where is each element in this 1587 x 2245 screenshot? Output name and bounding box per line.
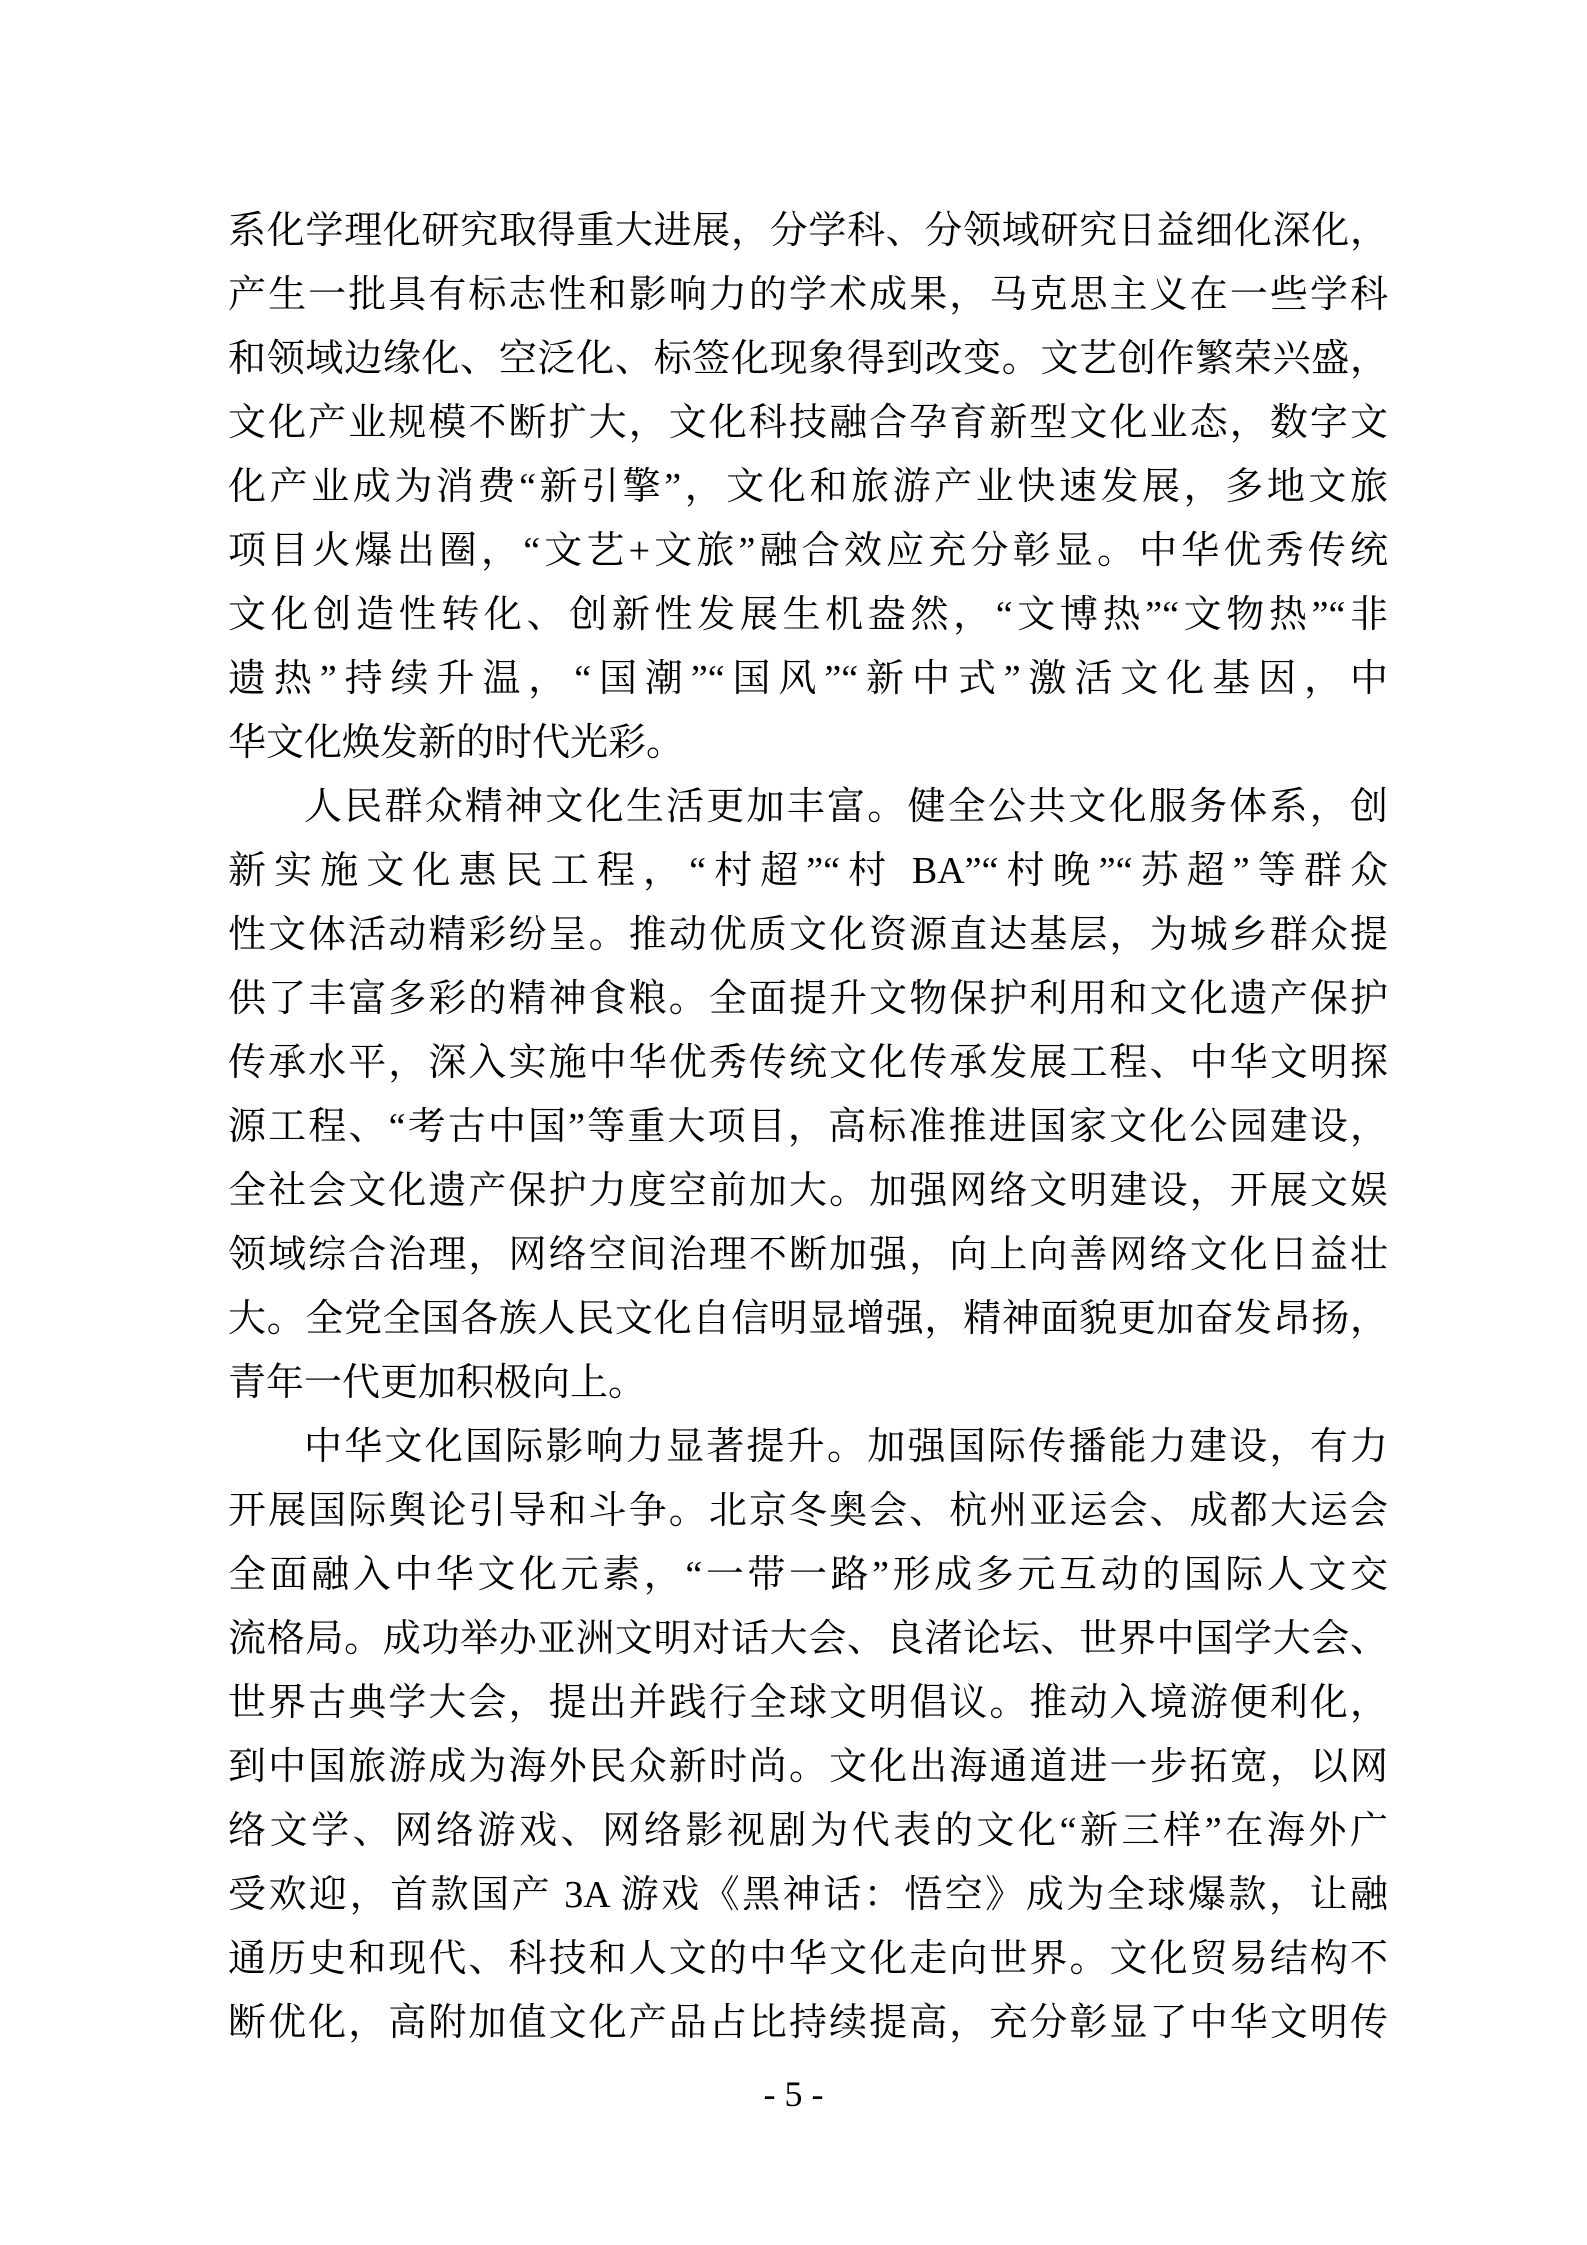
text-line: 文化创造性转化、创新性发展生机盎然，“文博热”“文物热”“非	[228, 583, 1388, 647]
text-line: 源工程、“考古中国”等重大项目，高标准推进国家文化公园建设，	[228, 1095, 1388, 1159]
text-line: 到中国旅游成为海外民众新时尚。文化出海通道进一步拓宽，以网	[228, 1735, 1388, 1799]
text-line: 开展国际舆论引导和斗争。北京冬奥会、杭州亚运会、成都大运会	[228, 1479, 1388, 1543]
text-line: 新实施文化惠民工程，“村超”“村 BA”“村晚”“苏超”等群众	[228, 839, 1388, 903]
document-body: 系化学理化研究取得重大进展，分学科、分领域研究日益细化深化，产生一批具有标志性和…	[228, 199, 1388, 2055]
text-line: 系化学理化研究取得重大进展，分学科、分领域研究日益细化深化，	[228, 199, 1388, 263]
text-line: 文化产业规模不断扩大，文化科技融合孕育新型文化业态，数字文	[228, 391, 1388, 455]
text-line: 化产业成为消费“新引擎”，文化和旅游产业快速发展，多地文旅	[228, 455, 1388, 519]
text-line: 遗热”持续升温，“国潮”“国风”“新中式”激活文化基因，中	[228, 647, 1388, 711]
text-line: 传承水平，深入实施中华优秀传统文化传承发展工程、中华文明探	[228, 1031, 1388, 1095]
text-line: 中华文化国际影响力显著提升。加强国际传播能力建设，有力	[228, 1415, 1388, 1479]
text-line: 青年一代更加积极向上。	[228, 1351, 1388, 1415]
text-line: 世界古典学大会，提出并践行全球文明倡议。推动入境游便利化，	[228, 1671, 1388, 1735]
text-line: 供了丰富多彩的精神食粮。全面提升文物保护利用和文化遗产保护	[228, 967, 1388, 1031]
text-line: 全社会文化遗产保护力度空前加大。加强网络文明建设，开展文娱	[228, 1159, 1388, 1223]
text-line: 华文化焕发新的时代光彩。	[228, 711, 1388, 775]
text-line: 流格局。成功举办亚洲文明对话大会、良渚论坛、世界中国学大会、	[228, 1607, 1388, 1671]
text-line: 通历史和现代、科技和人文的中华文化走向世界。文化贸易结构不	[228, 1927, 1388, 1991]
text-line: 络文学、网络游戏、网络影视剧为代表的文化“新三样”在海外广	[228, 1799, 1388, 1863]
text-line: 项目火爆出圈，“文艺+文旅”融合效应充分彰显。中华优秀传统	[228, 519, 1388, 583]
text-line: 受欢迎，首款国产 3A 游戏《黑神话：悟空》成为全球爆款，让融	[228, 1863, 1388, 1927]
text-line: 产生一批具有标志性和影响力的学术成果，马克思主义在一些学科	[228, 263, 1388, 327]
text-line: 性文体活动精彩纷呈。推动优质文化资源直达基层，为城乡群众提	[228, 903, 1388, 967]
page-number: - 5 -	[0, 2072, 1587, 2116]
text-line: 全面融入中华文化元素，“一带一路”形成多元互动的国际人文交	[228, 1543, 1388, 1607]
document-page: 系化学理化研究取得重大进展，分学科、分领域研究日益细化深化，产生一批具有标志性和…	[0, 0, 1587, 2245]
text-line: 断优化，高附加值文化产品占比持续提高，充分彰显了中华文明传	[228, 1991, 1388, 2055]
text-line: 人民群众精神文化生活更加丰富。健全公共文化服务体系，创	[228, 775, 1388, 839]
text-line: 领域综合治理，网络空间治理不断加强，向上向善网络文化日益壮	[228, 1223, 1388, 1287]
text-line: 和领域边缘化、空泛化、标签化现象得到改变。文艺创作繁荣兴盛，	[228, 327, 1388, 391]
text-line: 大。全党全国各族人民文化自信明显增强，精神面貌更加奋发昂扬，	[228, 1287, 1388, 1351]
